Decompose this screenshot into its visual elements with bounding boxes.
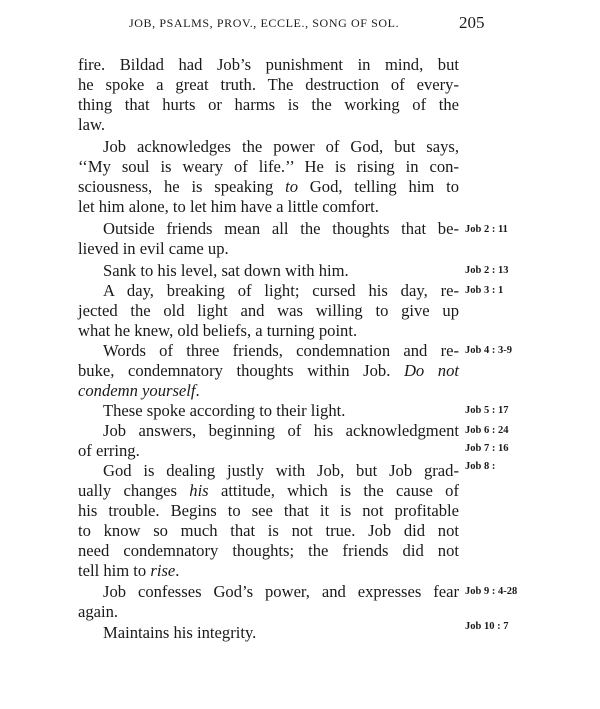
emphasis: Do not [404, 361, 459, 380]
text-line: buke, condemnatory thoughts within Job. … [78, 361, 459, 381]
text-line: Job answers, beginning of his acknowledg… [103, 421, 459, 441]
text-line: lieved in evil came up. [78, 239, 459, 259]
text-run: tell him to [78, 561, 150, 580]
emphasis: rise [150, 561, 175, 580]
margin-ref: Job 7 : 16 [465, 443, 508, 454]
text-line: thing that hurts or harms is the working… [78, 95, 459, 115]
text-line: what he knew, old beliefs, a turning poi… [78, 321, 459, 341]
margin-ref: Job 4 : 3-9 [465, 345, 512, 356]
text-run: sciousness, he is speaking [78, 177, 285, 196]
text-run: buke, condemnatory thoughts within Job. [78, 361, 404, 380]
text-line: fire. Bildad had Job’s punishment in min… [78, 55, 459, 75]
emphasis: condemn yourself [78, 381, 196, 400]
text-line: Maintains his integrity. [103, 623, 459, 643]
text-line: These spoke according to their light. [103, 401, 459, 421]
text-run: . [196, 381, 200, 400]
text-line: his trouble. Begins to see that it is no… [78, 501, 459, 521]
text-line: law. [78, 115, 459, 135]
text-run: attitude, which is the cause of [209, 481, 459, 500]
text-line: God is dealing justly with Job, but Job … [103, 461, 459, 481]
text-line: he spoke a great truth. The destruction … [78, 75, 459, 95]
text-line: A day, breaking of light; cursed his day… [103, 281, 459, 301]
margin-ref: Job 5 : 17 [465, 405, 508, 416]
text-line: Job acknowledges the power of God, but s… [103, 137, 459, 157]
margin-ref: Job 3 : 1 [465, 285, 503, 296]
text-run: . [175, 561, 179, 580]
text-line: ually changes his attitude, which is the… [78, 481, 459, 501]
page-number: 205 [459, 13, 485, 33]
running-title: JOB, PSALMS, PROV., ECCLE., SONG OF SOL. [129, 16, 399, 30]
text-line: again. [78, 602, 459, 622]
margin-ref: Job 2 : 11 [465, 224, 508, 235]
text-line: Sank to his level, sat down with him. [103, 261, 459, 281]
text-line: of erring. [78, 441, 459, 461]
running-header: JOB, PSALMS, PROV., ECCLE., SONG OF SOL.… [129, 16, 469, 31]
margin-ref: Job 8 : [465, 461, 495, 472]
text-line: sciousness, he is speaking to God, telli… [78, 177, 459, 197]
margin-ref: Job 9 : 4-28 [465, 586, 517, 597]
text-line: Job confesses God’s power, and expresses… [103, 582, 459, 602]
text-line: condemn yourself. [78, 381, 459, 401]
text-run: ually changes [78, 481, 189, 500]
text-line: let him alone, to let him have a little … [78, 197, 459, 217]
text-line: jected the old light and was willing to … [78, 301, 459, 321]
text-line: ‘‘My soul is weary of life.’’ He is risi… [78, 157, 459, 177]
text-line: Outside friends mean all the thoughts th… [103, 219, 459, 239]
text-line: tell him to rise. [78, 561, 459, 581]
text-line: Words of three friends, condemnation and… [103, 341, 459, 361]
emphasis: to [285, 177, 298, 196]
margin-ref: Job 10 : 7 [465, 621, 508, 632]
text-line: need condemnatory thoughts; the friends … [78, 541, 459, 561]
margin-ref: Job 2 : 13 [465, 265, 508, 276]
emphasis: his [189, 481, 208, 500]
margin-ref: Job 6 : 24 [465, 425, 508, 436]
text-line: to know so much that is not true. Job di… [78, 521, 459, 541]
text-run: God, telling him to [298, 177, 459, 196]
